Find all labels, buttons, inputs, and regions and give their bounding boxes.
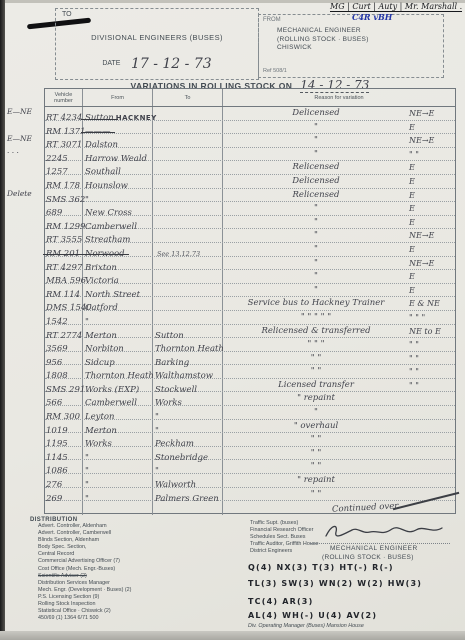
reason-for-variation: " " <box>223 365 409 378</box>
licence-status: E <box>409 161 455 174</box>
distribution-item: Body Spec. Section, <box>30 544 235 551</box>
reason-for-variation: " " <box>223 433 409 446</box>
from-label: FROM <box>263 17 281 23</box>
date-row: DATE 17 - 12 - 73 <box>56 55 258 73</box>
licence-status <box>409 460 455 473</box>
signatory-title-1: MECHANICAL ENGINEER <box>330 545 418 552</box>
licence-status: " " <box>409 338 455 351</box>
garage-code-line: TC(4) AR(3) <box>248 597 313 606</box>
table-row: MBA 596Victoria"E <box>45 270 455 284</box>
signature-line <box>310 542 450 544</box>
reason-for-variation: " <box>223 121 409 134</box>
reason-for-variation: " <box>223 270 409 283</box>
scan-edge-left <box>0 0 5 640</box>
col-header-to: To <box>153 89 223 106</box>
licence-status: " " <box>409 379 455 392</box>
distribution-items: Advert. Controller, AldenhamAdvert. Cont… <box>30 523 235 615</box>
reason-for-variation: " " <box>223 352 409 365</box>
licence-status: E <box>409 121 455 134</box>
table-row: RM 178HounslowDelicensedE <box>45 175 455 189</box>
table-header-row: Vehicle number From To Reason for variat… <box>45 89 455 107</box>
distribution-item: Advert. Controller, Camberwell <box>30 530 235 537</box>
reason-for-variation: " <box>223 216 409 229</box>
reason-for-variation: " " " <box>223 338 409 351</box>
vehicle-number: RM 201 <box>45 249 81 259</box>
from-box: FROM MECHANICAL ENGINEER (ROLLING STOCK … <box>258 14 444 78</box>
table-row: RT 2774MertonSuttonRelicensed & transfer… <box>45 325 455 339</box>
licence-status <box>409 447 455 460</box>
from-garage: Norwood <box>83 249 127 259</box>
table-row: SMS 362"RelicensedE <box>45 189 455 203</box>
routing-annotation-black: MG | Curt | Auty | Mr. Marshall . <box>330 2 462 12</box>
table-row: 566CamberwellWorks" repaint <box>45 392 455 406</box>
table-row: 689New Cross"E <box>45 202 455 216</box>
licence-status: NE→E <box>409 229 455 242</box>
garage-code-line: Q(4) NX(3) T(3) HT(-) R(-) <box>248 563 394 572</box>
licence-status <box>409 392 455 405</box>
distribution-item: Blinds Section, Aldenham <box>30 537 235 544</box>
licence-status: NE→E <box>409 257 455 270</box>
margin-note: · · · <box>7 148 19 157</box>
table-row: 1542"" " " " "" " " <box>45 311 455 325</box>
reason-for-variation: " repaint <box>223 392 409 405</box>
reason-for-variation: " <box>223 243 409 256</box>
table-row: 2245Harrow Weald"" " <box>45 148 455 162</box>
table-row: RM 300Leyton"" <box>45 406 455 420</box>
licence-status: " " <box>409 352 455 365</box>
reference-number: Ref 508/1 <box>263 68 287 74</box>
licence-status: NE→E <box>409 107 455 120</box>
table-row: RM 1299Camberwell"E <box>45 216 455 230</box>
reason-for-variation: Relicensed & transferred <box>223 325 409 338</box>
from-address: MECHANICAL ENGINEER (ROLLING STOCK · BUS… <box>277 27 369 53</box>
table-row: 956SidcupBarking" "" " <box>45 352 455 366</box>
reason-for-variation: " <box>223 229 409 242</box>
table-row: 1019Merton"" overhaul <box>45 420 455 434</box>
licence-status <box>409 420 455 433</box>
from-garage <box>83 507 87 517</box>
from-garage: ——— <box>83 127 113 137</box>
from-garage: Sutton <box>83 113 116 123</box>
to-label: TO <box>62 11 72 18</box>
licence-status: " " <box>409 148 455 161</box>
licence-status: E <box>409 270 455 283</box>
signature-scrawl <box>318 520 448 544</box>
licence-status <box>409 433 455 446</box>
table-row: SMS 291Works (EXP)StockwellLicensed tran… <box>45 379 455 393</box>
distribution-item: Statistical Office · Chiswick (2) <box>30 608 235 615</box>
licence-status: E <box>409 243 455 256</box>
margin-note: E—NE <box>7 134 32 143</box>
to-box: TO DIVISIONAL ENGINEERS (BUSES) DATE 17 … <box>55 8 259 80</box>
licence-status: E & NE <box>409 297 455 310</box>
licence-status: NE→E <box>409 134 455 147</box>
routing-annotation-blue: C4R vBH <box>352 12 392 22</box>
scan-edge-bottom <box>0 631 465 640</box>
distribution-list: DISTRIBUTION Advert. Controller, Aldenha… <box>30 517 235 621</box>
table-row: RT 4234SuttonHACKNEYDelicensedNE→E <box>45 107 455 121</box>
distribution-item: Mech. Engr. (Development · Buses) (2) <box>30 587 235 594</box>
licence-status: E <box>409 202 455 215</box>
table-row: 276"Walworth" repaint <box>45 474 455 488</box>
reason-for-variation: " <box>223 202 409 215</box>
licence-status: E <box>409 284 455 297</box>
licence-status: " " " <box>409 311 455 324</box>
table-row: DMS 1540CatfordService bus to Hackney Tr… <box>45 297 455 311</box>
licence-status: NE to E <box>409 325 455 338</box>
manager-line: Div. Operating Manager (Buses) Mansion H… <box>248 623 364 629</box>
margin-note: Delete <box>7 189 32 198</box>
distribution-item: Central Record <box>30 551 235 558</box>
col-header-vehicle: Vehicle number <box>45 89 83 106</box>
signatory-title-2: (ROLLING STOCK · BUSES) <box>322 554 414 561</box>
reason-for-variation: " overhaul <box>223 420 409 433</box>
table-row: 1195WorksPeckham" " <box>45 433 455 447</box>
distribution-item: Advert. Controller, Aldenham <box>30 523 235 530</box>
reason-for-variation: " <box>223 257 409 270</box>
distribution-item: Scientific Adviser (2) <box>30 573 235 580</box>
to-garage <box>153 507 157 517</box>
vehicle-number <box>45 507 47 517</box>
table-row: RM 201NorwoodSee 13.12.73"E <box>45 243 455 257</box>
table-row: 1086""" " <box>45 460 455 474</box>
rolling-stock-table: Vehicle number From To Reason for variat… <box>44 88 456 514</box>
table-row: 1257SouthallRelicensedE <box>45 161 455 175</box>
licence-status: E <box>409 175 455 188</box>
reason-for-variation: " " <box>223 488 409 501</box>
reason-for-variation: Licensed transfer <box>223 379 409 392</box>
licence-status: " " <box>409 365 455 378</box>
reason-for-variation: Relicensed <box>223 189 409 202</box>
licence-status: E <box>409 216 455 229</box>
reason-for-variation: Delicensed <box>223 107 409 120</box>
reason-for-variation: " <box>223 284 409 297</box>
col-header-from: From <box>83 89 153 106</box>
scanned-document: TO DIVISIONAL ENGINEERS (BUSES) DATE 17 … <box>0 0 465 640</box>
reason-for-variation: " <box>223 134 409 147</box>
reason-for-variation: " <box>223 148 409 161</box>
reason-for-variation: " " <box>223 460 409 473</box>
margin-note: E—NE <box>7 107 32 116</box>
rolling-stock-table-body: RT 4234SuttonHACKNEYDelicensedNE→ERM 137… <box>45 107 455 515</box>
reason-for-variation: Relicensed <box>223 161 409 174</box>
distribution-item: P.S. Licensing Section (9) <box>30 594 235 601</box>
reason-for-variation: Delicensed <box>223 175 409 188</box>
distribution-item: Distribution Services Manager <box>30 580 235 587</box>
reason-for-variation: " <box>223 406 409 419</box>
to-recipient: DIVISIONAL ENGINEERS (BUSES) <box>56 33 258 42</box>
licence-status <box>409 474 455 487</box>
distribution-item: Rolling Stock Inspection <box>30 601 235 608</box>
reason-for-variation: " " " " " <box>223 311 409 324</box>
table-row: RM 114North Street"E <box>45 284 455 298</box>
date-value: 17 - 12 - 73 <box>131 56 212 72</box>
date-label: DATE <box>102 60 120 67</box>
table-row: 269"Palmers Green" " <box>45 488 455 502</box>
form-print-code: 450/69 (1) 1364 6/71 500 <box>30 615 235 621</box>
reason-for-variation: Service bus to Hackney Trainer <box>223 297 409 310</box>
reason-for-variation: " repaint <box>223 474 409 487</box>
col-header-reason: Reason for variation <box>223 89 455 106</box>
table-row: 3569NorbitonThornton Heath" " "" " <box>45 338 455 352</box>
table-row: RT 3555Streatham"NE→E <box>45 229 455 243</box>
distribution-item: Cost Office (Mech. Engr.-Buses) <box>30 566 235 573</box>
licence-status <box>409 406 455 419</box>
distribution-item: Commercial Advertising Officer (7) <box>30 558 235 565</box>
licence-status: E <box>409 189 455 202</box>
reason-for-variation: " " <box>223 447 409 460</box>
table-row: 1145"Stonebridge" " <box>45 447 455 461</box>
garage-code-line: AL(4) WH(-) U(4) AV(2) <box>248 611 377 620</box>
garage-code-line: TL(3) SW(3) WN(2) W(2) HW(3) <box>248 579 422 588</box>
table-row: 1808Thornton HeathWalthamstow" "" " <box>45 365 455 379</box>
